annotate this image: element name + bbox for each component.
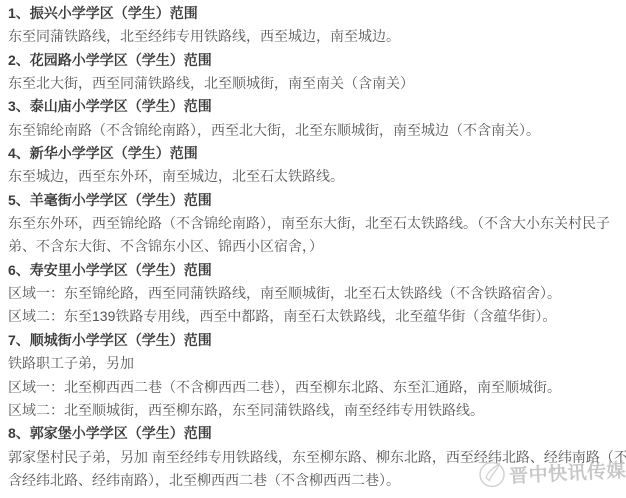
section-body-line: 区域二：东至139铁路专用线，西至中都路，南至石太铁路线，北至蕴华街（含蕴华街）… (8, 305, 626, 328)
section-body-line: 区域一：北至柳西西二巷（不含柳西西二巷），西至柳东北路、东至汇通路，南至顺城街。 (8, 376, 626, 399)
section-body-line: 区域二：北至顺城街，西至柳东路，东至同蒲铁路线，南至经纬专用铁路线。 (8, 399, 626, 422)
section-heading: 2、花园路小学学区（学生）范围 (8, 49, 626, 72)
section-heading: 4、新华小学学区（学生）范围 (8, 142, 626, 165)
document-page: { "colors": { "heading": "#3c3c3c", "bod… (0, 0, 626, 498)
section-body-line: 弟、不含东大街、不含锦东小区、锦西小区宿舍，） (8, 235, 626, 258)
section-body-line: 东至锦纶南路（不含锦纶南路），西至北大街，北至东顺城街，南至城边（不含南关）。 (8, 119, 626, 142)
section-heading: 5、羊毫街小学学区（学生）范围 (8, 189, 626, 212)
section-body-line: 东至城边，西至东外环，南至城边，北至石太铁路线。 (8, 165, 626, 188)
section-heading: 7、顺城街小学学区（学生）范围 (8, 329, 626, 352)
section-heading: 3、泰山庙小学学区（学生）范围 (8, 95, 626, 118)
school-district-list: 1、振兴小学学区（学生）范围 东至同蒲铁路线，北至经纬专用铁路线，西至城边，南至… (0, 0, 626, 492)
section-heading: 1、振兴小学学区（学生）范围 (8, 2, 626, 25)
section-body-line: 铁路职工子弟，另加 (8, 352, 626, 375)
section-body-line: 东至同蒲铁路线，北至经纬专用铁路线，西至城边，南至城边。 (8, 25, 626, 48)
section-heading: 6、寿安里小学学区（学生）范围 (8, 259, 626, 282)
section-body-line: 含经纬北路、经纬南路），北至柳西西二巷（不含柳西西二巷）。 (8, 469, 626, 492)
section-body-line: 郭家堡村民子弟，另加 南至经纬专用铁路线，东至柳东路、柳东北路，西至经纬北路、经… (8, 446, 626, 469)
section-body-line: 东至东外环，西至锦纶路（不含锦纶南路），南至东大街，北至石太铁路线。（不含大小东… (8, 212, 626, 235)
section-heading: 8、郭家堡小学学区（学生）范围 (8, 422, 626, 445)
section-body-line: 东至北大街，西至同蒲铁路线，北至顺城街，南至南关（含南关） (8, 72, 626, 95)
section-body-line: 区域一：东至锦纶路，西至同蒲铁路线，南至顺城街，北至石太铁路线（不含铁路宿舍）。 (8, 282, 626, 305)
